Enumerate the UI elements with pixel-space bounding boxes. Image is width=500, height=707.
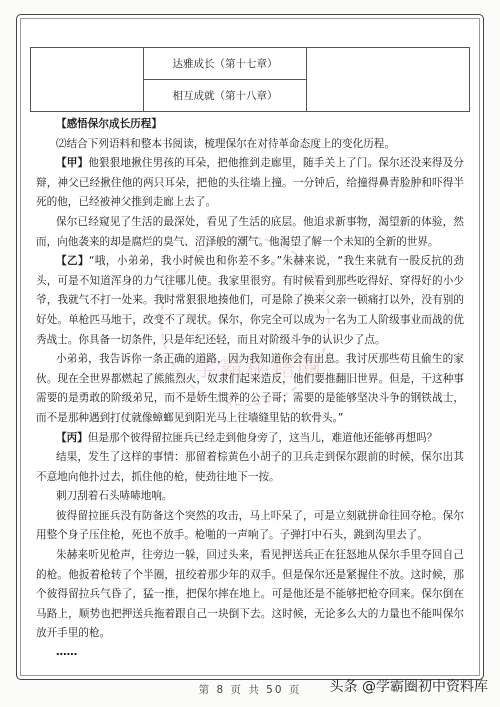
passage-text: 但是那个彼得留拉匪兵已经走到他身旁了，这当儿，难道他还能够再想吗？ bbox=[88, 432, 438, 444]
table-cell-empty-right bbox=[307, 48, 470, 112]
source-watermark: 头条 @学霸圈初中资料库 bbox=[330, 676, 488, 696]
passage-label: 【丙】 bbox=[56, 432, 88, 444]
table-row: 达雅成长（第十七章） bbox=[31, 48, 470, 80]
passage-text: “哦，小弟弟，我小时候也和你差不多。”朱赫来说，“我生来就有一股反抗的劲头，可是… bbox=[36, 255, 464, 345]
passage-bing-p1: 【丙】但是那个彼得留拉匪兵已经走到他身旁了，这当儿，难道他还能够再想吗？ bbox=[36, 429, 464, 449]
table-cell-empty-left bbox=[31, 48, 144, 112]
passage-bing-p3: 刺刀刮着石头哧哧地响。 bbox=[36, 487, 464, 507]
passage-jia-p1: 【甲】他狠狠地揪住男孩的耳朵，把他推到走廊里，随手关上了门。保尔还没来得及分辩，… bbox=[36, 154, 464, 213]
passage-yi-p2: 小弟弟，我告诉你一条正确的道路，因为我知道你会有出息。我讨厌那些苟且偷生的家伙。… bbox=[36, 350, 464, 428]
passage-text: 他狠狠地揪住男孩的耳朵，把他推到走廊里，随手关上了门。保尔还没来得及分辩，神父已… bbox=[36, 157, 464, 208]
passage-yi-p1: 【乙】“哦，小弟弟，我小时候也和你差不多。”朱赫来说，“我生来就有一股反抗的劲头… bbox=[36, 252, 464, 350]
question-text: ⑵结合下列语料和整本书阅读，梳理保尔在对待革命态度上的变化历程。 bbox=[36, 135, 464, 155]
passage-label: 【乙】 bbox=[56, 255, 89, 267]
chapter-table: 达雅成长（第十七章） 相互成就（第十八章） bbox=[30, 47, 470, 112]
table-cell-chapter: 相互成就（第十八章） bbox=[144, 80, 307, 112]
table-cell-chapter: 达雅成长（第十七章） bbox=[144, 48, 307, 80]
passage-bing-p2: 结果，发生了这样的事情：那留着棕黄色小胡子的卫兵走到保尔跟前的时候，保尔出其不意… bbox=[36, 448, 464, 487]
section-title: 【感悟保尔成长历程】 bbox=[36, 115, 464, 135]
document-body: 【感悟保尔成长历程】 ⑵结合下列语料和整本书阅读，梳理保尔在对待革命态度上的变化… bbox=[36, 115, 464, 660]
passage-jia-p2: 保尔已经窥见了生活的最深处，看见了生活的底层。他追求新事物，渴望新的体验，然而，… bbox=[36, 213, 464, 252]
ellipsis: …… bbox=[36, 644, 464, 660]
passage-bing-p5: 朱赫来听见枪声，往旁边一躲，回过头来，看见押送兵正在狂怒地从保尔手里夺回自己的枪… bbox=[36, 546, 464, 644]
passage-label: 【甲】 bbox=[56, 157, 88, 169]
passage-bing-p4: 彼得留拉匪兵没有防备这个突然的攻击，马上吓呆了，可是立刻就拼命往回夺枪。保尔用整… bbox=[36, 507, 464, 546]
